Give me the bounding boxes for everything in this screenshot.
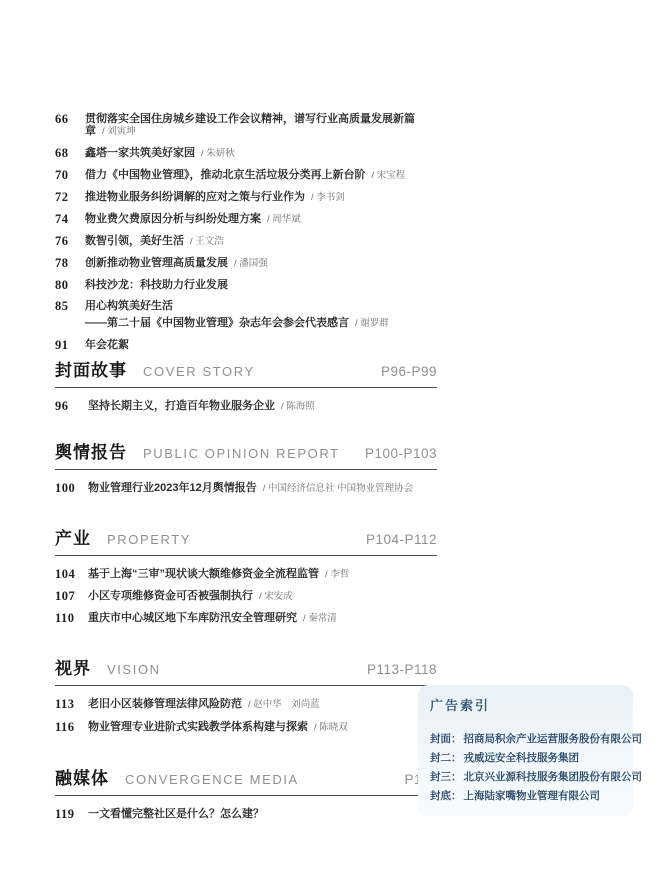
toc-entry-subtitle-line: ——第二十届《中国物业管理》杂志年会参会代表感言/ 谢罗群	[85, 317, 447, 330]
toc-entry-page-number: 76	[55, 235, 85, 247]
toc-entry-author: / 赵中华 刘尚蓝	[248, 699, 320, 710]
toc-entry-91: 91 年会花絮	[55, 339, 447, 351]
toc-entry-title: 推进物业服务纠纷调解的应对之策与行业作为	[85, 191, 305, 203]
toc-entry-subtitle: ——第二十届《中国物业管理》杂志年会参会代表感言	[85, 317, 349, 329]
toc-entry-page-number: 68	[55, 147, 85, 159]
section-header: 视界 VISION P113-P118	[55, 660, 437, 686]
toc-entry-70: 70 借力《中国物业管理》，推动北京生活垃圾分类再上新台阶/ 宋宝程	[55, 169, 447, 182]
ad-index-item-back: 封底：上海陆家嘴物业管理有限公司	[430, 791, 621, 802]
toc-entry-72: 72 推进物业服务纠纷调解的应对之策与行业作为/ 李书剑	[55, 191, 447, 204]
section-page-range: P104-P112	[366, 532, 437, 547]
toc-entry-page-number: 72	[55, 191, 85, 203]
toc-entry-title: 重庆市中心城区地下车库防汛安全管理研究	[88, 612, 297, 624]
toc-entry-title: 一文看懂完整社区是什么？怎么建？	[88, 808, 264, 820]
section-header: 产业 PROPERTY P104-P112	[55, 530, 437, 556]
toc-entry-author: / 王文浩	[190, 236, 224, 247]
section-title-cn: 视界	[55, 660, 91, 678]
toc-entry-119: 119 一文看懂完整社区是什么？怎么建？	[55, 808, 437, 820]
toc-entry-author: / 谢罗群	[355, 318, 389, 329]
ad-index-value: 戎威远安全科技服务集团	[464, 752, 580, 764]
toc-top-list: 66 贯彻落实全国住房城乡建设工作会议精神，谱写行业高质量发展新篇章/ 刘寅坤 …	[55, 113, 447, 360]
ad-index-value: 上海陆家嘴物业管理有限公司	[464, 790, 601, 802]
toc-entry-title: 物业费欠费原因分析与纠纷处理方案	[85, 213, 261, 225]
toc-entry-title: 用心构筑美好生活	[85, 300, 173, 312]
toc-entry-title: 物业管理专业进阶式实践教学体系构建与探索	[88, 721, 308, 733]
toc-entry-author: / 陈晓双	[314, 722, 348, 733]
toc-entry-author: / 李哲	[325, 569, 349, 580]
section-title-cn: 舆情报告	[55, 444, 127, 462]
toc-entry-page-number: 110	[55, 612, 88, 624]
toc-entry-author: / 秦常清	[303, 613, 337, 624]
ad-index-item-inside-front: 封二：戎威远安全科技服务集团	[430, 753, 621, 764]
toc-entry-title: 鑫塔一家共筑美好家园	[85, 147, 195, 159]
toc-entry-author: / 朱妍秋	[201, 148, 235, 159]
section-title-en: PUBLIC OPINION REPORT	[143, 446, 365, 461]
toc-entry-107: 107 小区专项维修资金可否被强制执行/ 宋安成	[55, 590, 437, 603]
toc-entry-title: 坚持长期主义，打造百年物业服务企业	[88, 400, 275, 412]
toc-entry-96: 96 坚持长期主义，打造百年物业服务企业/ 陈海照	[55, 400, 437, 413]
ad-index-value: 北京兴业源科技服务集团股份有限公司	[464, 771, 643, 783]
section-page-range: P100-P103	[365, 446, 437, 461]
toc-entry-68: 68 鑫塔一家共筑美好家园/ 朱妍秋	[55, 147, 447, 160]
toc-entry-page-number: 74	[55, 213, 85, 225]
ad-index-item-inside-back: 封三：北京兴业源科技服务集团股份有限公司	[430, 772, 621, 783]
toc-entry-page-number: 104	[55, 568, 88, 580]
ad-index-value: 招商局积余产业运营服务股份有限公司	[464, 733, 643, 745]
section-title-en: CONVERGENCE MEDIA	[125, 772, 404, 787]
toc-entry-author: / 李书剑	[311, 192, 345, 203]
toc-entry-author: / 潘国强	[234, 258, 268, 269]
toc-entry-80: 80 科技沙龙：科技助力行业发展	[55, 279, 447, 291]
toc-entry-85: 85 用心构筑美好生活 ——第二十届《中国物业管理》杂志年会参会代表感言/ 谢罗…	[55, 300, 447, 330]
toc-entry-title: 物业管理行业2023年12月舆情报告	[88, 482, 257, 494]
ad-index-label: 封面：	[430, 733, 462, 745]
toc-entry-page-number: 91	[55, 339, 85, 351]
toc-entry-author: / 宋安成	[259, 591, 293, 602]
toc-entry-page-number: 70	[55, 169, 85, 181]
section-convergence-media: 融媒体 CONVERGENCE MEDIA P119 119 一文看懂完整社区是…	[55, 770, 437, 829]
ad-index-label: 封三：	[430, 771, 462, 783]
section-title-cn: 封面故事	[55, 362, 127, 380]
toc-entry-76: 76 数智引领，美好生活/ 王文浩	[55, 235, 447, 248]
section-page-range: P96-P99	[381, 364, 437, 379]
toc-entry-page-number: 80	[55, 279, 85, 291]
toc-entry-title: 年会花絮	[85, 339, 129, 351]
ad-index-item-cover: 封面：招商局积余产业运营服务股份有限公司	[430, 734, 621, 745]
section-page-range: P113-P118	[367, 662, 437, 677]
section-header: 封面故事 COVER STORY P96-P99	[55, 362, 437, 388]
toc-entry-author: / 周华斌	[267, 214, 301, 225]
toc-entry-104: 104 基于上海“三审”现状谈大额维修资金全流程监管/ 李哲	[55, 568, 437, 581]
section-header: 融媒体 CONVERGENCE MEDIA P119	[55, 770, 437, 796]
section-cover-story: 封面故事 COVER STORY P96-P99 96 坚持长期主义，打造百年物…	[55, 362, 437, 422]
toc-entry-title: 数智引领，美好生活	[85, 235, 184, 247]
toc-entry-author: / 宋宝程	[372, 170, 406, 181]
toc-entry-66: 66 贯彻落实全国住房城乡建设工作会议精神，谱写行业高质量发展新篇章/ 刘寅坤	[55, 113, 447, 138]
toc-entry-page-number: 66	[55, 113, 85, 125]
toc-entry-113: 113 老旧小区装修管理法律风险防范/ 赵中华 刘尚蓝	[55, 698, 437, 711]
toc-entry-title: 创新推动物业管理高质量发展	[85, 257, 228, 269]
toc-entry-116: 116 物业管理专业进阶式实践教学体系构建与探索/ 陈晓双	[55, 721, 437, 734]
toc-entry-page-number: 119	[55, 808, 88, 820]
toc-entry-author: / 陈海照	[281, 401, 315, 412]
magazine-toc-page: 66 贯彻落实全国住房城乡建设工作会议精神，谱写行业高质量发展新篇章/ 刘寅坤 …	[0, 0, 670, 875]
section-title-cn: 产业	[55, 530, 91, 548]
ad-index-box: 广告索引 封面：招商局积余产业运营服务股份有限公司 封二：戎威远安全科技服务集团…	[418, 685, 633, 816]
toc-entry-page-number: 96	[55, 400, 88, 412]
section-title-en: COVER STORY	[143, 364, 381, 379]
ad-index-label: 封二：	[430, 752, 462, 764]
section-title-en: VISION	[107, 662, 367, 677]
toc-entry-title: 科技沙龙：科技助力行业发展	[85, 279, 228, 291]
ad-index-label: 封底：	[430, 790, 462, 802]
ad-index-title: 广告索引	[430, 699, 621, 712]
toc-entry-title: 借力《中国物业管理》，推动北京生活垃圾分类再上新台阶	[85, 169, 366, 181]
toc-entry-page-number: 85	[55, 300, 85, 312]
section-title-en: PROPERTY	[107, 532, 366, 547]
toc-entry-title: 小区专项维修资金可否被强制执行	[88, 590, 253, 602]
toc-entry-page-number: 113	[55, 698, 88, 710]
toc-entry-page-number: 107	[55, 590, 88, 602]
toc-entry-100: 100 物业管理行业2023年12月舆情报告/ 中国经济信息社 中国物业管理协会	[55, 482, 437, 495]
toc-entry-title: 基于上海“三审”现状谈大额维修资金全流程监管	[88, 568, 319, 580]
toc-entry-110: 110 重庆市中心城区地下车库防汛安全管理研究/ 秦常清	[55, 612, 437, 625]
toc-entry-page-number: 116	[55, 721, 88, 733]
section-public-opinion-report: 舆情报告 PUBLIC OPINION REPORT P100-P103 100…	[55, 444, 437, 504]
section-title-cn: 融媒体	[55, 770, 109, 788]
toc-entry-page-number: 100	[55, 482, 88, 494]
toc-entry-page-number: 78	[55, 257, 85, 269]
toc-entry-author: / 中国经济信息社 中国物业管理协会	[263, 483, 413, 494]
section-vision: 视界 VISION P113-P118 113 老旧小区装修管理法律风险防范/ …	[55, 660, 437, 744]
toc-entry-author: / 刘寅坤	[102, 126, 136, 137]
toc-entry-78: 78 创新推动物业管理高质量发展/ 潘国强	[55, 257, 447, 270]
section-property: 产业 PROPERTY P104-P112 104 基于上海“三审”现状谈大额维…	[55, 530, 437, 634]
section-header: 舆情报告 PUBLIC OPINION REPORT P100-P103	[55, 444, 437, 470]
toc-entry-74: 74 物业费欠费原因分析与纠纷处理方案/ 周华斌	[55, 213, 447, 226]
toc-entry-title: 老旧小区装修管理法律风险防范	[88, 698, 242, 710]
